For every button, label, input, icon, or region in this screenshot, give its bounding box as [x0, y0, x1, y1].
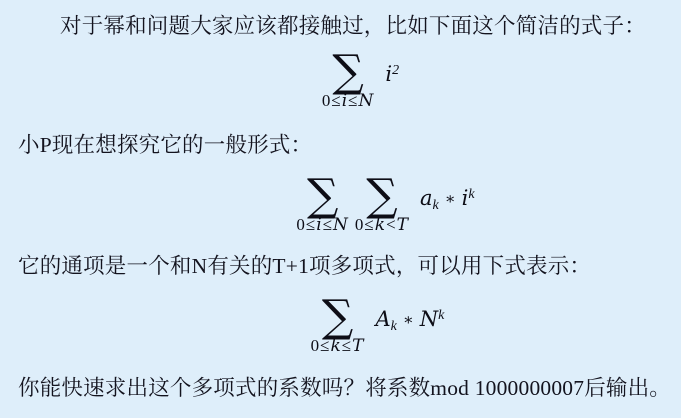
- limit-zero: 0: [311, 336, 321, 355]
- var-a-upper: A: [375, 307, 390, 331]
- sigma-icon: ∑: [322, 300, 353, 334]
- sum-limits: 0≤k≤T: [311, 337, 365, 355]
- subscript-k: k: [433, 198, 439, 213]
- sum-limits: 0≤k<T: [355, 216, 409, 234]
- paragraph-question: 你能快速求出这个多项式的系数吗？将系数mod 1000000007后输出。: [18, 374, 675, 403]
- paragraph-general-form: 小P现在想探究它的一般形式：: [18, 131, 675, 160]
- leq-symbol: ≤: [323, 215, 333, 234]
- subscript-k: k: [391, 319, 397, 334]
- formula-double-sum: ∑ 0≤i≤N ∑ 0≤k<T ak∗ik: [0, 179, 681, 234]
- exponent-2: 2: [392, 63, 399, 78]
- asterisk-operator: ∗: [403, 312, 414, 329]
- summation-unit: ∑ 0≤k≤T: [311, 300, 365, 355]
- limit-zero: 0: [355, 215, 365, 234]
- var-n-upper: N: [420, 307, 438, 331]
- formula-coefficient-sum: ∑ 0≤k≤T Ak∗Nk: [0, 300, 681, 355]
- sum-expression: i2: [385, 62, 399, 87]
- limit-var-n: N: [359, 91, 375, 111]
- var-a: a: [420, 186, 433, 210]
- limit-zero: 0: [322, 91, 332, 110]
- sum-limits: 0≤i≤N: [322, 92, 375, 110]
- leq-symbol: ≤: [331, 91, 341, 110]
- limit-var-k: k: [330, 336, 341, 356]
- limit-var-k: k: [375, 215, 386, 235]
- sum-expression: ak∗ik: [420, 186, 475, 211]
- limit-var-n: N: [333, 215, 349, 235]
- paragraph-intro: 对于幂和问题大家应该都接触过，比如下面这个简洁的式子：: [18, 12, 675, 41]
- summation-unit-outer: ∑ 0≤i≤N: [296, 179, 349, 234]
- sigma-icon: ∑: [332, 55, 363, 89]
- var-i: i: [385, 62, 392, 86]
- exponent-k: k: [438, 308, 444, 323]
- lt-symbol: <: [386, 215, 397, 234]
- asterisk-operator: ∗: [445, 191, 456, 208]
- leq-symbol: ≤: [364, 215, 374, 234]
- formula-1-body: ∑ 0≤i≤N i2: [322, 55, 399, 110]
- limit-var-t: T: [352, 336, 364, 356]
- sigma-icon: ∑: [366, 179, 397, 213]
- leq-symbol: ≤: [342, 336, 352, 355]
- sigma-icon: ∑: [307, 179, 338, 213]
- formula-2-body: ∑ 0≤i≤N ∑ 0≤k<T ak∗ik: [296, 179, 474, 234]
- summation-unit: ∑ 0≤i≤N: [322, 55, 375, 110]
- exponent-k: k: [468, 187, 474, 202]
- paragraph-polynomial: 它的通项是一个和N有关的T+1项多项式，可以用下式表示：: [18, 252, 675, 281]
- leq-symbol: ≤: [320, 336, 330, 355]
- formula-3-body: ∑ 0≤k≤T Ak∗Nk: [311, 300, 445, 355]
- sum-limits: 0≤i≤N: [296, 216, 349, 234]
- sum-expression: Ak∗Nk: [375, 307, 444, 332]
- summation-unit-inner: ∑ 0≤k<T: [355, 179, 409, 234]
- limit-var-t: T: [397, 215, 409, 235]
- leq-symbol: ≤: [348, 91, 358, 110]
- limit-zero: 0: [296, 215, 306, 234]
- formula-sum-i-squared: ∑ 0≤i≤N i2: [0, 55, 681, 110]
- leq-symbol: ≤: [306, 215, 316, 234]
